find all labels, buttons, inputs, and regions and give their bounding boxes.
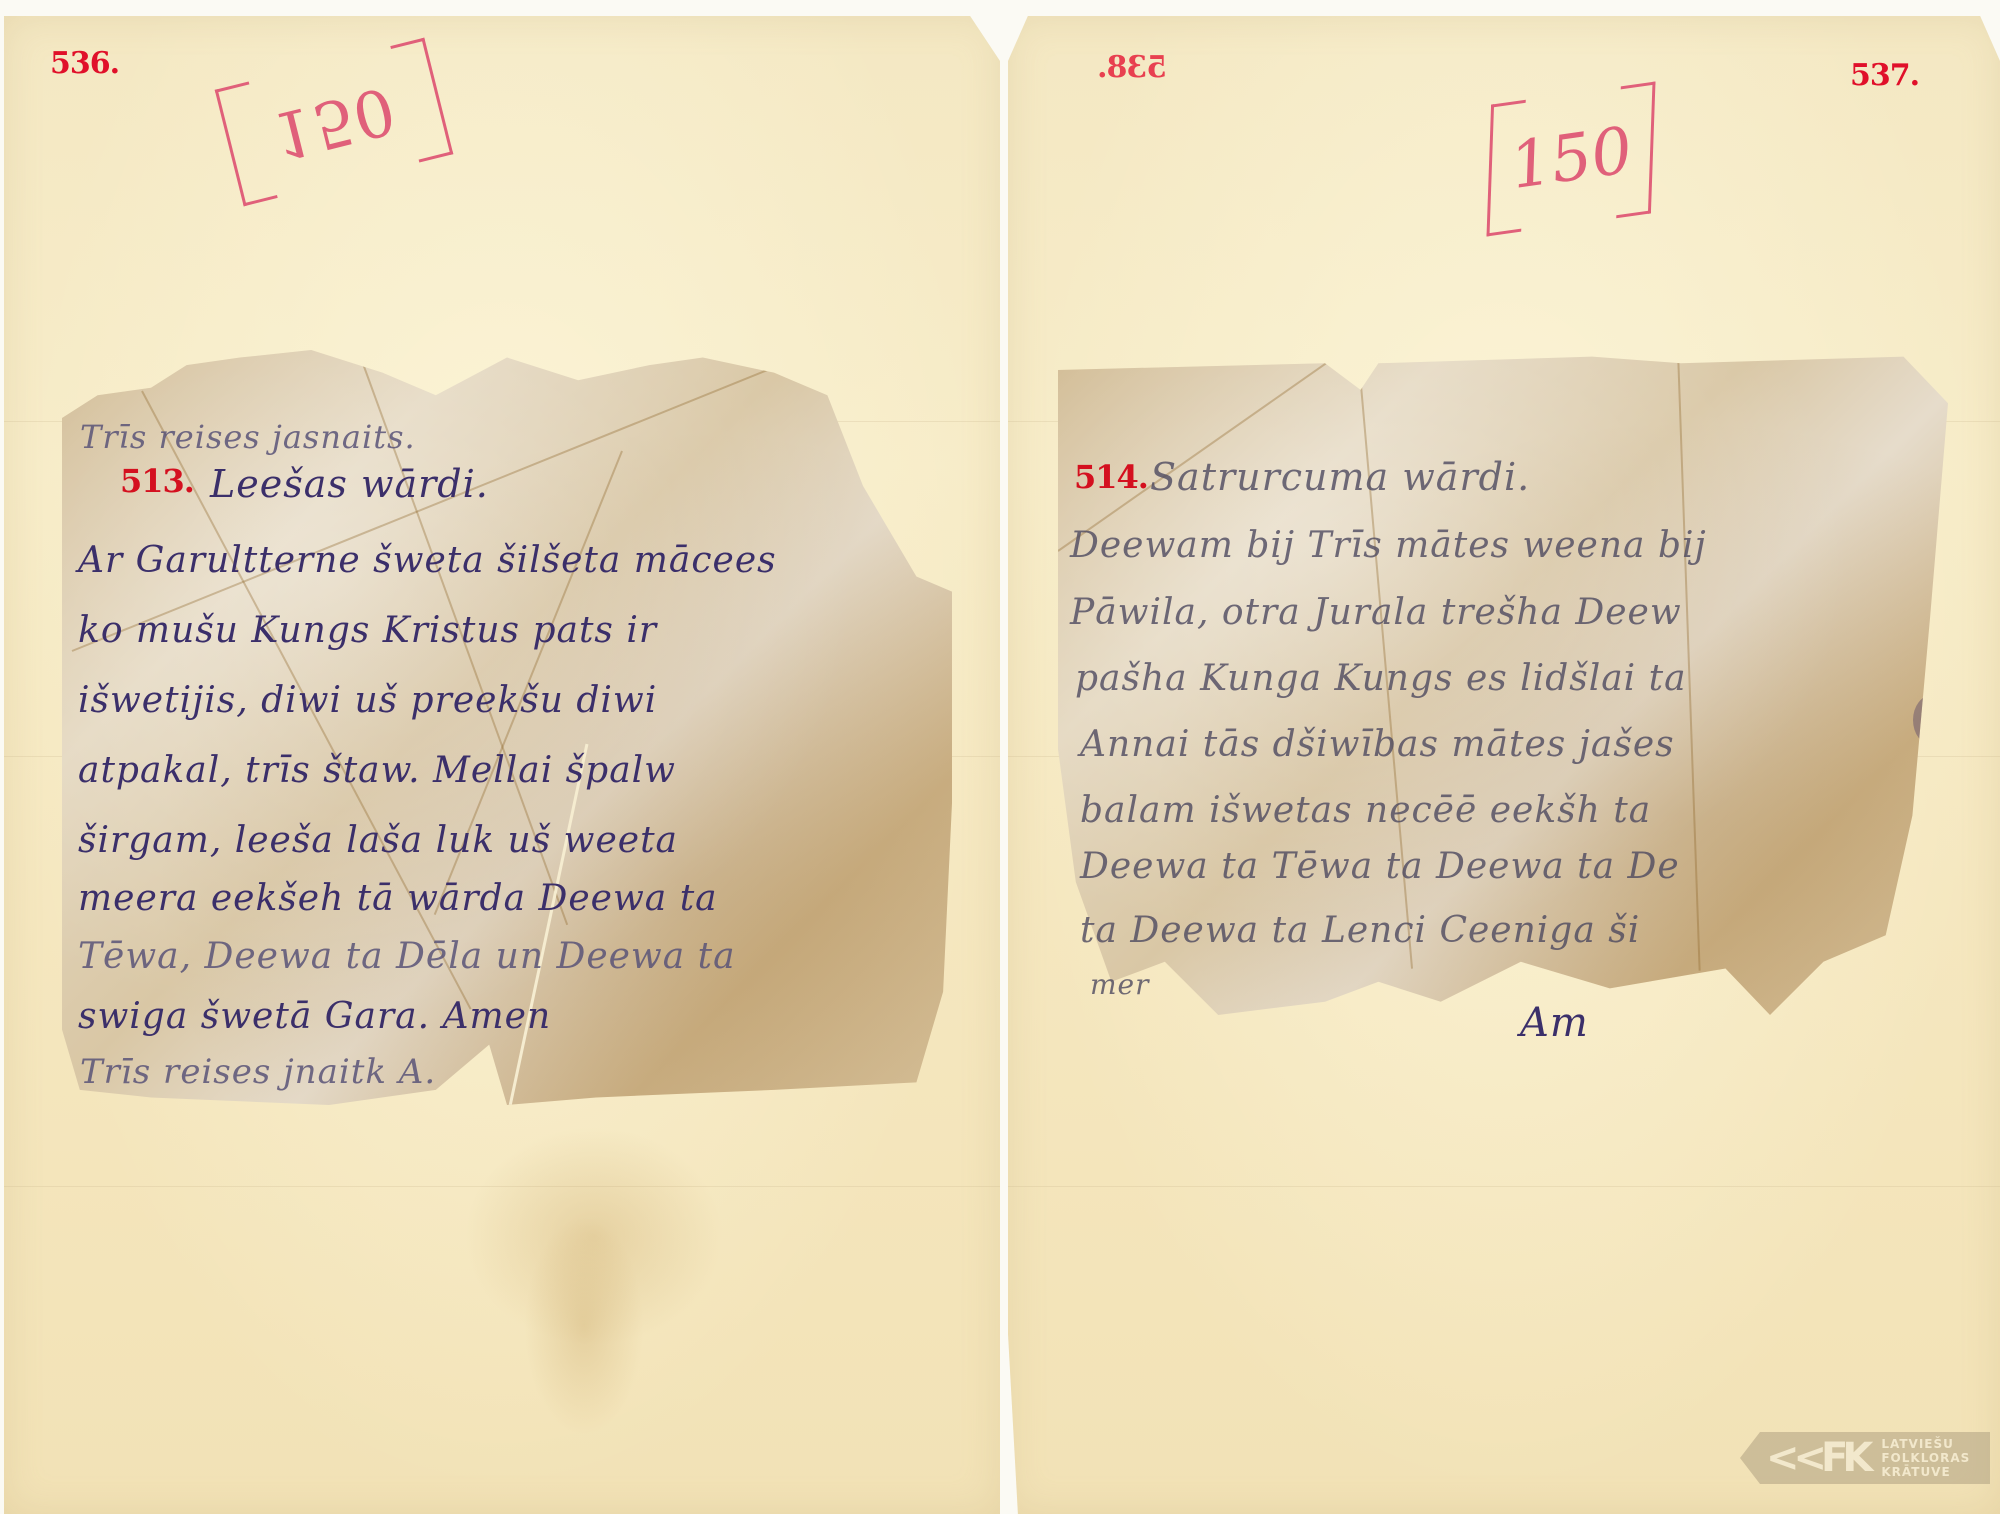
handwritten-title: Leešas wārdi. [210, 462, 489, 506]
handwritten-title: Satrurcuma wārdi. [1150, 455, 1530, 499]
handwritten-line: Tēwa, Deewa ta Dēla un Deewa ta [78, 936, 736, 977]
handwritten-line: balam išwetas necēē eekšh ta [1080, 790, 1651, 831]
handwritten-line: Ar Garultterne šweta šilšeta mācees [78, 540, 777, 581]
bracket-folio-number: 150 [215, 38, 454, 207]
handwritten-line: swiga šwetā Gara. Amen [78, 996, 551, 1037]
archive-logo-watermark: <<FK LATVIEŠU FOLKLORAS KRĀTUVE [1740, 1432, 1990, 1484]
page-gutter [1000, 0, 1008, 1514]
archive-page-number-mirrored: 538. [1098, 50, 1167, 85]
bracket-number-text: 150 [266, 71, 402, 172]
bracket-folio-number: 150 [1487, 81, 1656, 236]
handwritten-line: pašha Kunga Kungs es lidšlai ta [1075, 658, 1687, 699]
pasted-manuscript-fragment-left [62, 350, 952, 1105]
handwritten-line: ta Deewa ta Lenci Ceeniga ši [1080, 910, 1640, 951]
archive-page-number: 536. [50, 46, 119, 81]
handwritten-line: širgam, leeša laša luk uš weeta [78, 820, 678, 861]
handwritten-line: Trīs reises jasnaits. [80, 418, 416, 456]
handwritten-line: Deewam bij Trīs mātes weena bij [1070, 525, 1707, 566]
handwritten-line: atpakal, trīs štaw. Mellai špalw [78, 750, 676, 791]
archive-name: LATVIEŠU FOLKLORAS KRĀTUVE [1881, 1437, 1970, 1479]
handwritten-line: ko mušu Kungs Kristus pats ir [78, 610, 657, 651]
item-number: 514. [1074, 458, 1148, 496]
handwritten-line: Pāwila, otra Jurala trešha Deew [1070, 592, 1682, 633]
item-number: 513. [120, 462, 194, 500]
handwritten-line: Am [1520, 1000, 1589, 1046]
archive-name-line: KRĀTUVE [1881, 1465, 1970, 1479]
handwritten-line: Annai tās dšiwības mātes jašes [1080, 724, 1675, 765]
handwritten-line: meera eekšeh tā wārda Deewa ta [78, 878, 718, 919]
handwritten-line: mer [1090, 968, 1150, 1001]
archive-name-line: FOLKLORAS [1881, 1451, 1970, 1465]
handwritten-line: Trīs reises jnaitk A. [80, 1052, 436, 1092]
handwritten-line: išwetijis, diwi uš preekšu diwi [78, 680, 657, 721]
bracket-number-text: 150 [1509, 113, 1633, 205]
archive-name-line: LATVIEŠU [1881, 1437, 1970, 1451]
paper-fold-line [1008, 1186, 2000, 1187]
water-stain [524, 1216, 644, 1436]
handwritten-line: Deewa ta Tēwa ta Deewa ta De [1080, 846, 1680, 887]
lfk-logo-icon: <<FK [1766, 1435, 1867, 1481]
archive-page-number: 537. [1850, 58, 1919, 93]
